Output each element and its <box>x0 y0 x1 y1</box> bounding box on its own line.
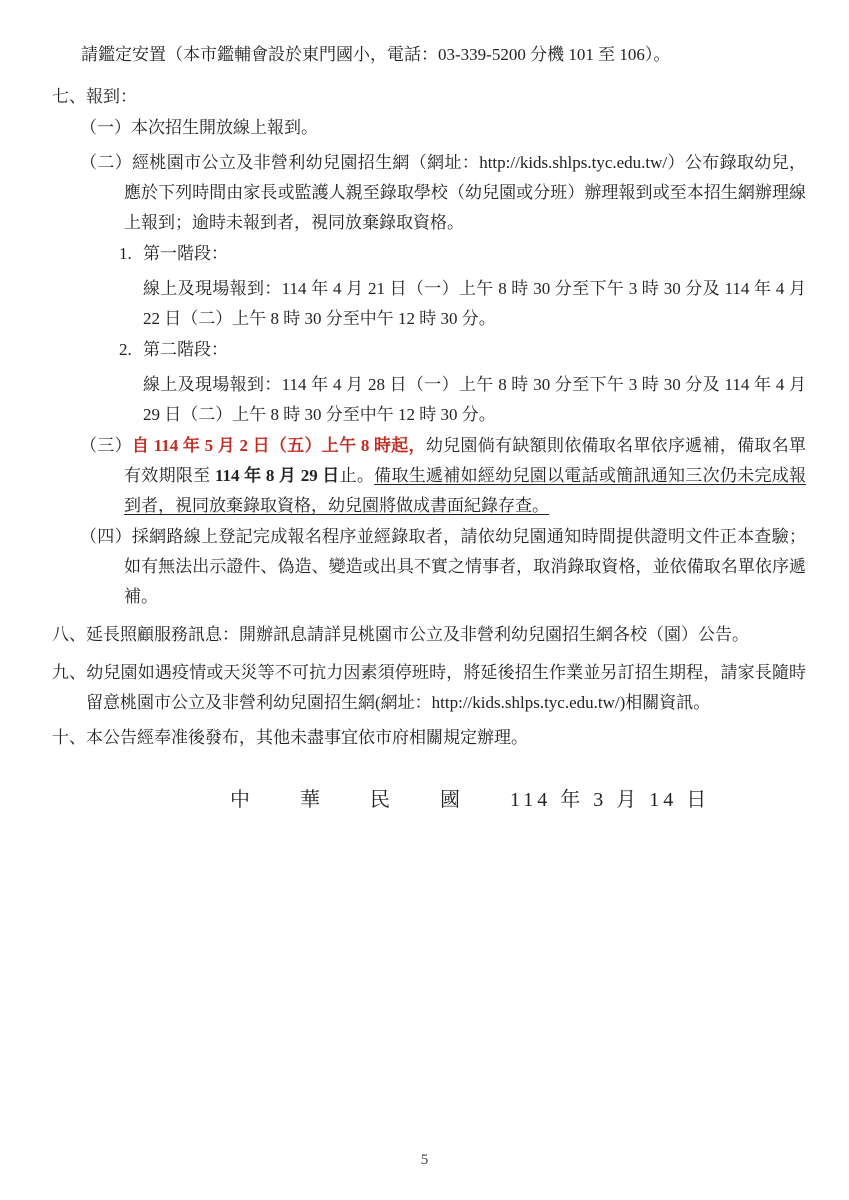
section-7-item-3: （三）自 114 年 5 月 2 日（五）上午 8 時起，幼兒園倘有缺額則依備取… <box>80 431 806 521</box>
item-4-label: （四） <box>80 527 132 546</box>
document-page: 請鑑定安置（本市鑑輔會設於東門國小，電話：03-339-5200 分機 101 … <box>0 0 849 1200</box>
intro-note: 請鑑定安置（本市鑑輔會設於東門國小，電話：03-339-5200 分機 101 … <box>81 40 806 70</box>
stage-2-body: 線上及現場報到：114 年 4 月 28 日（一）上午 8 時 30 分至下午 … <box>143 370 806 430</box>
publication-date: 中華民國114 年 3 月 14 日 <box>230 783 806 817</box>
section-10: 十、本公告經奉准後發布，其他未盡事宜依市府相關規定辦理。 <box>52 723 806 753</box>
section-7-heading-text: 七、報到： <box>52 87 137 106</box>
item-1-label: （一） <box>80 118 131 137</box>
item-2-text: 經桃園市公立及非營利幼兒園招生網（網址：http://kids.shlps.ty… <box>124 153 806 232</box>
text-segment-normal: 止。 <box>340 466 375 485</box>
section-7-heading: 七、報到： <box>52 82 806 112</box>
section-8: 八、延長照顧服務訊息：開辦訊息請詳見桃園市公立及非營利幼兒園招生網各校（園）公告… <box>52 620 806 650</box>
item-1-text: 本次招生開放線上報到。 <box>131 118 318 137</box>
section-7-item-2: （二）經桃園市公立及非營利幼兒園招生網（網址：http://kids.shlps… <box>80 148 806 238</box>
section-7-item-4: （四）採網路線上登記完成報名程序並經錄取者，請依幼兒園通知時間提供證明文件正本查… <box>80 522 806 612</box>
section-10-text: 十、本公告經奉准後發布，其他未盡事宜依市府相關規定辦理。 <box>52 728 528 747</box>
item-4-text: 採網路線上登記完成報名程序並經錄取者，請依幼兒園通知時間提供證明文件正本查驗；如… <box>124 527 806 606</box>
section-7-item-1: （一）本次招生開放線上報到。 <box>80 113 806 143</box>
stage-2-title: 第二階段： <box>143 340 228 359</box>
stage-2-heading: 2.第二階段： <box>119 335 806 365</box>
stage-1-number: 1. <box>119 239 143 269</box>
intro-note-text: 請鑑定安置（本市鑑輔會設於東門國小，電話：03-339-5200 分機 101 … <box>81 45 670 64</box>
stage-1-heading: 1.第一階段： <box>119 239 806 269</box>
item-3-label: （三） <box>80 436 132 455</box>
section-8-text: 八、延長照顧服務訊息：開辦訊息請詳見桃園市公立及非營利幼兒園招生網各校（園）公告… <box>52 625 749 644</box>
text-segment-datepart: 114 年 3 月 14 日 <box>510 789 710 811</box>
section-9-text: 九、幼兒園如遇疫情或天災等不可抗力因素須停班時，將延後招生作業並另訂招生期程，請… <box>52 663 806 712</box>
item-2-label: （二） <box>80 153 132 172</box>
stage-1-title: 第一階段： <box>143 244 228 263</box>
item-3-text: 自 114 年 5 月 2 日（五）上午 8 時起，幼兒園倘有缺額則依備取名單依… <box>124 436 806 515</box>
stage-2-body-text: 線上及現場報到：114 年 4 月 28 日（一）上午 8 時 30 分至下午 … <box>143 375 806 424</box>
stage-2-number: 2. <box>119 335 143 365</box>
stage-1-body: 線上及現場報到：114 年 4 月 21 日（一）上午 8 時 30 分至下午 … <box>143 274 806 334</box>
page-number: 5 <box>0 1150 849 1170</box>
text-segment-spaced: 中華民國 <box>230 789 510 811</box>
stage-1-body-text: 線上及現場報到：114 年 4 月 21 日（一）上午 8 時 30 分至下午 … <box>143 279 806 328</box>
text-segment-bold: 114 年 8 月 29 日 <box>215 466 340 485</box>
text-segment-redbold: 自 114 年 5 月 2 日（五）上午 8 時起， <box>132 436 426 455</box>
section-9: 九、幼兒園如遇疫情或天災等不可抗力因素須停班時，將延後招生作業並另訂招生期程，請… <box>52 658 806 718</box>
